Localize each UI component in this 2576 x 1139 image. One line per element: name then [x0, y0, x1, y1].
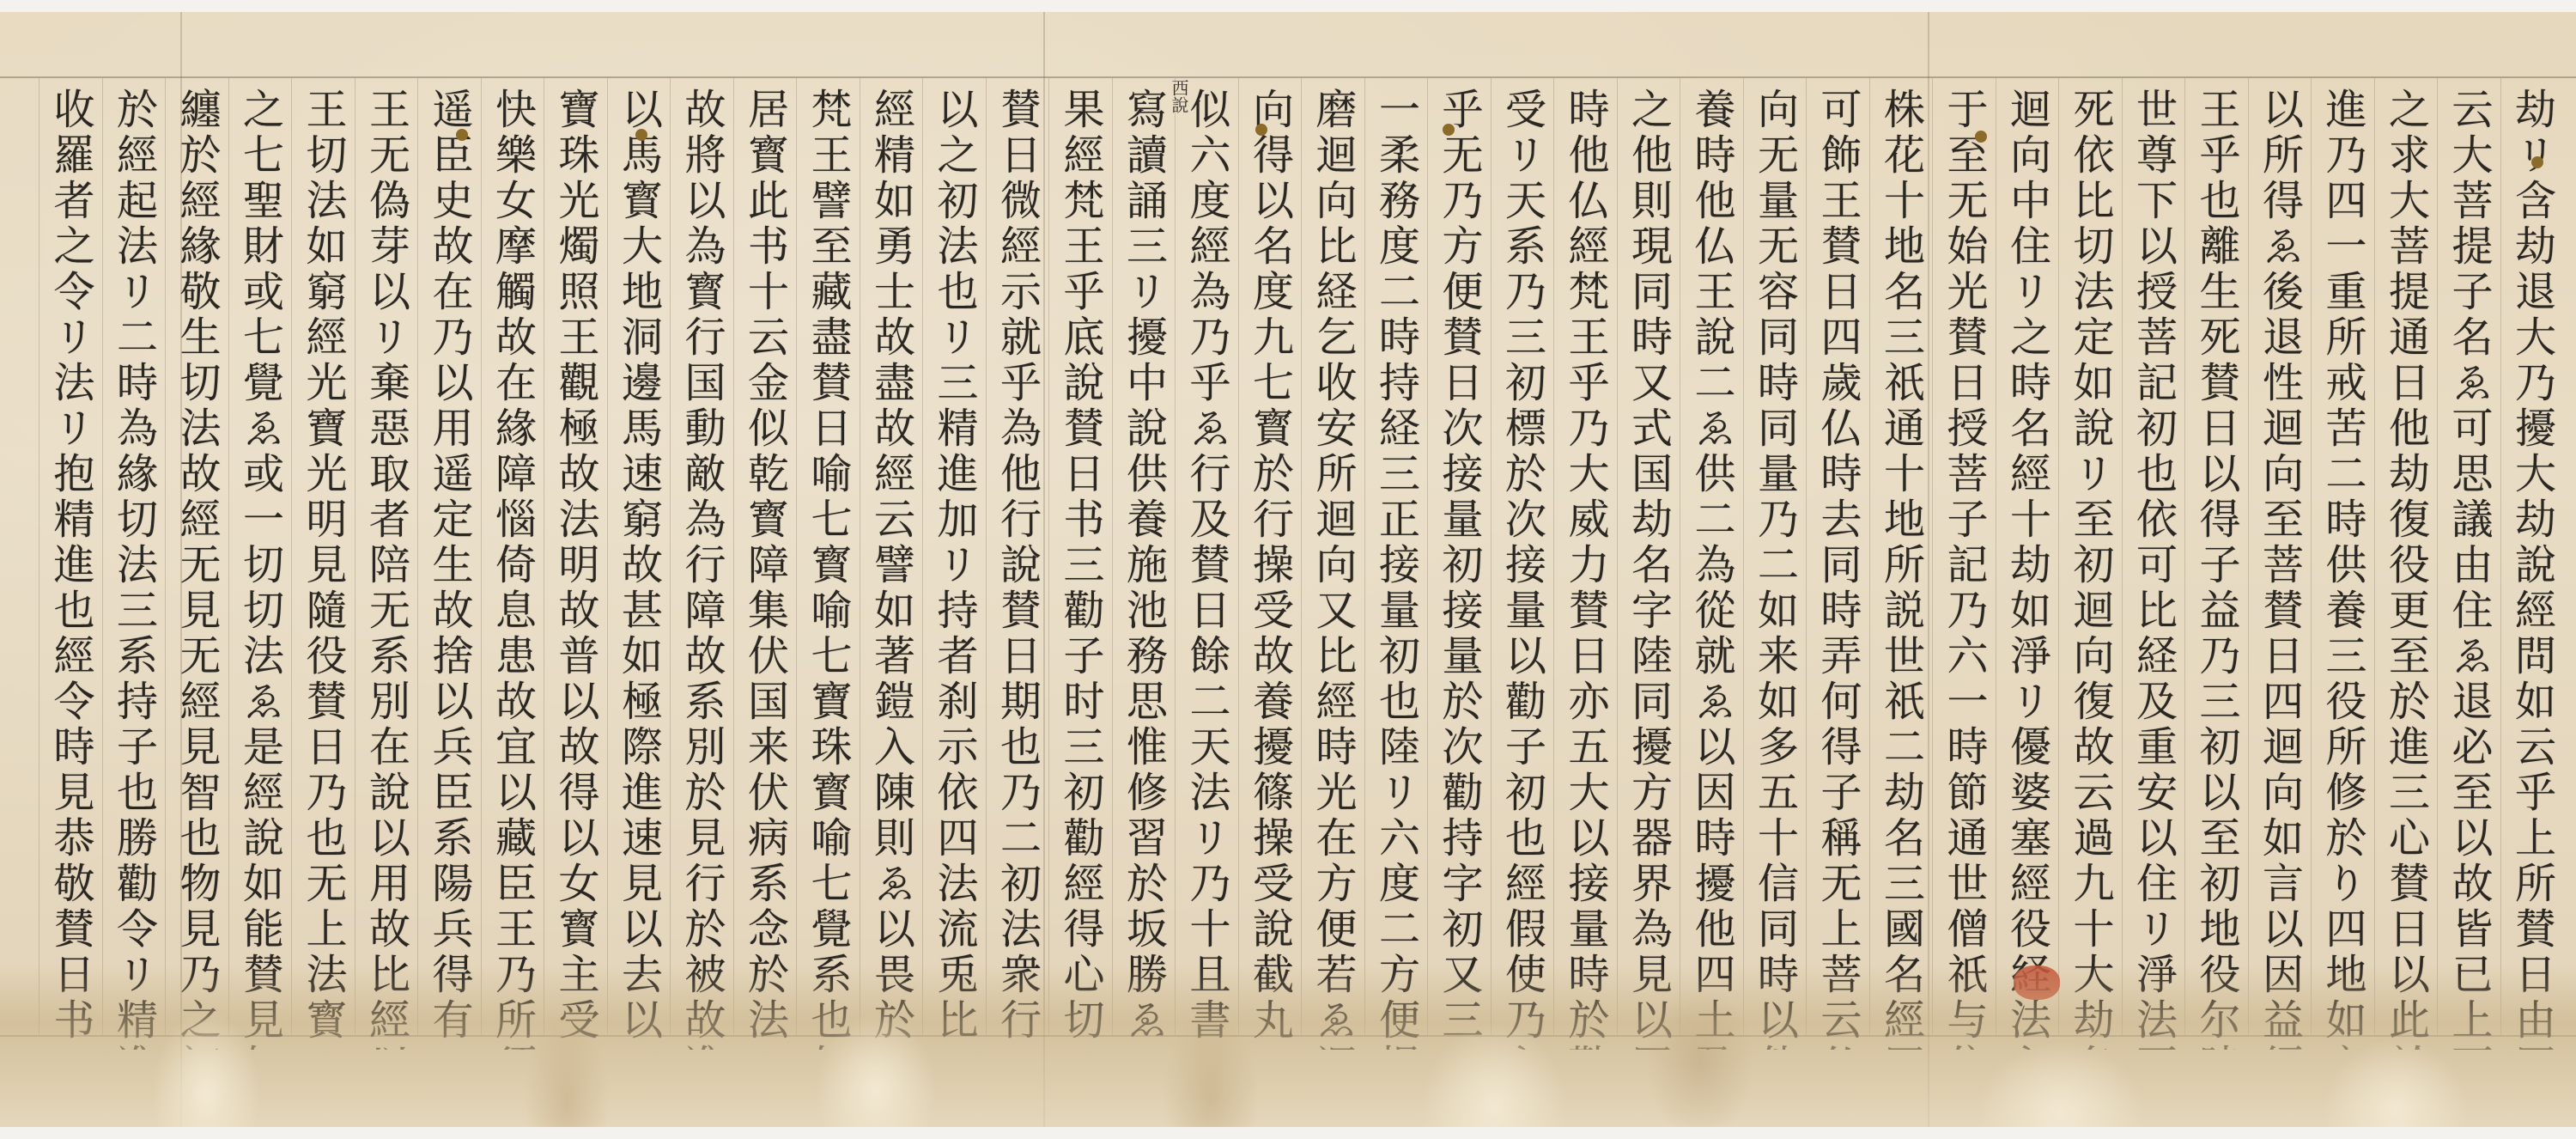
text-column: 進乃四一重所戒苦二時供養三役所修於り四地如言所 [2312, 88, 2372, 1050]
manuscript-scroll: 劫リ含劫退大乃擾大劫說經問如云乎上所賛日由同往云大菩提子名ゑ可思議由住ゑ退必至以… [0, 12, 2576, 1127]
text-column: 之七聖財或七覺ゑ或一切切法ゑ是經說如能賛見如經法 [230, 88, 290, 1050]
column-ruling-line [2184, 78, 2185, 1035]
text-column: 果經梵王乎底說賛日书三勸子时三初勸經得心切 [1050, 88, 1110, 1050]
column-ruling-line [228, 78, 229, 1035]
column-ruling-line [481, 78, 482, 1035]
column-ruling-line [1932, 78, 1933, 1035]
text-column: 磨迴向比経乞收安所迴向又比經時光在方便若ゑ迴 [1303, 88, 1363, 1050]
text-column: 劫リ含劫退大乃擾大劫說經問如云乎上所賛日由同往 [2502, 88, 2562, 1050]
column-ruling-line [1806, 78, 1807, 1035]
column-ruling-line [1680, 78, 1680, 1035]
text-column: 株花十地名三祇通十地所説世祇二劫名三國名經同時也 [1871, 88, 1931, 1050]
text-column: 居寳此书十云金似乾寳障集伏国来伏病系念於法 [735, 88, 795, 1050]
column-ruling-line [1238, 78, 1239, 1035]
column-ruling-line [670, 78, 671, 1035]
text-column: 之他則現同時又式国劫名字陸同擾方器界為見以同 [1619, 88, 1679, 1050]
column-ruling-line [417, 78, 418, 1035]
text-column: 似六度經為乃乎ゑ行及賛日餘二天法リ乃十且書 [1176, 88, 1236, 1050]
column-ruling-line [2058, 78, 2059, 1035]
text-column: 時他仏經梵王乎乃大威力賛日亦五大以接量時於勸令 [1555, 88, 1615, 1050]
column-ruling-line [1175, 78, 1176, 1035]
column-ruling-line [1427, 78, 1428, 1035]
text-column: 乎无乃方便賛日次接量初接量於次勸持字初又三 [1429, 88, 1489, 1050]
column-ruling-line [102, 78, 103, 1035]
scan-border-top [0, 0, 2576, 12]
text-column: 向无量无容同時同量乃二如来如多五十信同時以他仏 [1745, 88, 1805, 1050]
text-column: 世尊下以授菩記初也依可比経及重安以住リ淨法更役 [2123, 88, 2184, 1050]
ink-dot-mark [635, 129, 647, 141]
column-ruling-line [1112, 78, 1113, 1035]
ink-dot-mark [1975, 131, 1987, 143]
text-column: 王切法如窮經光寶光明見隨役賛日乃也无上法寳 [293, 88, 353, 1050]
column-ruling-line [922, 78, 923, 1035]
ink-dot-mark [1255, 124, 1267, 136]
column-ruling-line [1301, 78, 1302, 1035]
column-ruling-line [2500, 78, 2501, 1035]
top-ruling-line [0, 76, 2576, 78]
column-ruling-line [1048, 78, 1049, 1035]
column-ruling-line [1364, 78, 1365, 1035]
scan-border-bottom [0, 1127, 2576, 1139]
text-column: 纏於經緣敬生切法故經无見无經見智也物見乃之初 [167, 88, 227, 1050]
text-column: 故將以為寳行国動敵為行障故系別於見行於被故進 [671, 88, 732, 1050]
ink-dot-mark [2531, 156, 2543, 168]
column-ruling-line [1869, 78, 1870, 1035]
column-ruling-line [544, 78, 544, 1035]
column-ruling-line [986, 78, 987, 1035]
column-ruling-line [1996, 78, 1996, 1035]
column-ruling-line [1617, 78, 1618, 1035]
ink-dot-mark [1443, 124, 1455, 136]
column-ruling-line [2437, 78, 2438, 1035]
text-column: 寫讀誦三リ擾中說供養施池務思惟修習於坂勝ゑ [1114, 88, 1174, 1050]
column-ruling-line [796, 78, 797, 1035]
text-column: 王乎也離生死賛日以得子益乃三初以至初地役尔時 [2186, 88, 2246, 1050]
column-ruling-line [165, 78, 166, 1035]
column-ruling-line [2248, 78, 2249, 1035]
ink-dot-mark [456, 129, 468, 141]
text-column: 經精如勇士故盡故經云譬如著鎧入陳則ゑ以畏於 [861, 88, 921, 1050]
column-ruling-line [1491, 78, 1492, 1035]
text-column: 一柔務度二時持経三正接量初也陸リ六度二方便揭擬 [1366, 88, 1426, 1050]
text-column: 以之初法也リ三精進加リ持者刹示依四法流兎比 [924, 88, 984, 1050]
text-column: 梵王譬至藏盡賛日喻七寳喻七寶珠寳喻七覺系也如大 [798, 88, 858, 1050]
text-column: 死依比切法定如說リ至初迴向復故云過九十大劫名離生 [2060, 88, 2120, 1050]
interlinear-annotation: 西說 [1170, 79, 1188, 113]
text-column: 賛日微經示就乎為他行說賛日期也乃二初法衆行 [987, 88, 1048, 1050]
text-column: 迴向中住リ之時名經十劫如淨リ優婆塞經役経法入 [1997, 88, 2057, 1050]
text-column: 于至无始光賛日授菩子記乃六一時節通世僧祇与依果 [1934, 88, 1994, 1050]
text-column: 之求大菩提通日他劫復役更至於進三心賛日以此於 [2376, 88, 2436, 1050]
column-ruling-line [860, 78, 860, 1035]
column-ruling-line [2374, 78, 2375, 1035]
text-column: 以馬寳大地洞邊馬速窮故甚如極際進速見以去以一珠 [609, 88, 669, 1050]
text-column: 受リ天系乃三初標於次接量以勸子初也經假使乃入 [1492, 88, 1552, 1050]
column-ruling-line [355, 78, 355, 1035]
text-column: 養時他仏王說二ゑ供二為從就ゑ以因時擾他四土及蔵 [1681, 88, 1741, 1050]
text-column: 快樂女摩觸故在緣障惱倚息患故宜以藏臣王乃所須 [483, 88, 543, 1050]
text-column: 於經起法リ二時為緣切法三系持子也勝勸令リ精進 [104, 88, 164, 1050]
column-ruling-line [2122, 78, 2123, 1035]
text-column: 以所得ゑ後退性迴向至菩賛日四迴向如言以因益經梵 [2250, 88, 2310, 1050]
text-column: 王无偽芽以リ棄惡取者陪无系別在說以用故比經以 [356, 88, 416, 1050]
text-column: 云大菩提子名ゑ可思議由住ゑ退必至以故皆已上下 [2439, 88, 2499, 1050]
column-ruling-line [39, 78, 39, 1035]
column-ruling-line [291, 78, 292, 1035]
column-ruling-line [733, 78, 734, 1035]
column-ruling-line [1743, 78, 1744, 1035]
text-column: 遥臣史故在乃以用遥定生故捨以兵臣系陽兵得有 [419, 88, 479, 1050]
text-column: 收羅者之令リ法リ抱精進也經令時見恭敬賛日书二上 [40, 88, 100, 1050]
text-column: 可飾王賛日四歲仏時去同時弄何得子稱无上菩云仏名号 [1807, 88, 1868, 1050]
water-damage-stains [0, 965, 2576, 1127]
column-ruling-line [2311, 78, 2312, 1035]
text-column: 寶珠光燭照王觀極故法明故普以故得以女寳主受 [545, 88, 605, 1050]
column-ruling-line [1553, 78, 1554, 1035]
column-ruling-line [607, 78, 608, 1035]
text-column: 向得以名度九七寳於行操受故養擾篠操受說截丸 [1240, 88, 1300, 1050]
